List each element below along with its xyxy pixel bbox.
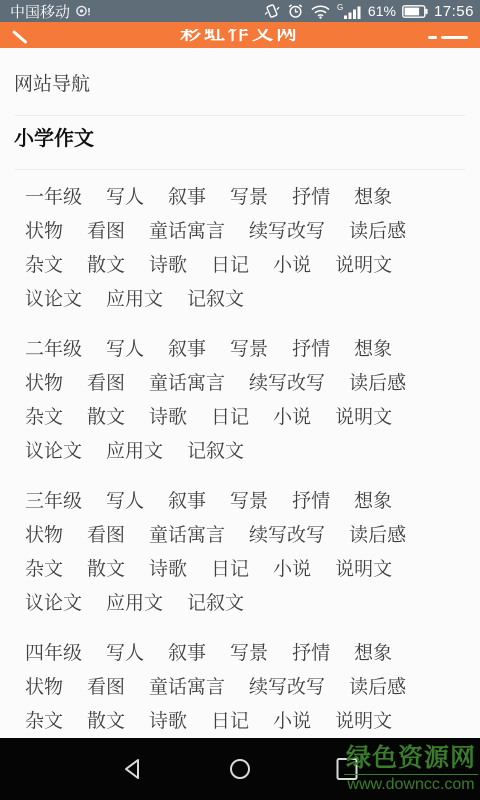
battery-icon [402, 5, 428, 18]
app-title: 彩虹作文网 [180, 29, 300, 43]
category-link[interactable]: 看图 [87, 367, 125, 401]
category-link[interactable]: 应用文 [106, 587, 163, 621]
signal-strength-icon: G [337, 3, 362, 19]
menu-icon[interactable] [441, 36, 468, 39]
category-link[interactable]: 日记 [211, 401, 249, 435]
category-link[interactable]: 想象 [354, 181, 392, 215]
svg-text:G: G [337, 3, 343, 12]
category-link[interactable]: 叙事 [168, 181, 206, 215]
app-header: 彩虹作文网 [0, 22, 480, 48]
category-link[interactable]: 想象 [354, 485, 392, 519]
category-link[interactable]: 读后感 [349, 215, 406, 249]
category-link[interactable]: 想象 [354, 637, 392, 671]
category-link[interactable]: 续写改写 [249, 519, 325, 553]
category-link[interactable]: 日记 [211, 249, 249, 283]
category-link[interactable]: 杂文 [25, 401, 63, 435]
divider [15, 115, 465, 116]
status-bar: 中国移动 [0, 0, 480, 22]
status-bar-left: 中国移动 [10, 1, 92, 22]
category-link[interactable]: 看图 [87, 519, 125, 553]
back-icon[interactable] [12, 30, 27, 44]
category-link[interactable]: 说明文 [335, 249, 392, 283]
grade-group: 二年级写人叙事写景抒情想象状物看图童话寓言续写改写读后感杂文散文诗歌日记小说说明… [0, 333, 480, 469]
section-title: 小学作文 [14, 129, 466, 150]
grade-group: 一年级写人叙事写景抒情想象状物看图童话寓言续写改写读后感杂文散文诗歌日记小说说明… [0, 181, 480, 317]
category-link[interactable]: 杂文 [25, 249, 63, 283]
category-link[interactable]: 续写改写 [249, 215, 325, 249]
category-link[interactable]: 抒情 [292, 637, 330, 671]
category-link[interactable]: 记叙文 [187, 435, 244, 469]
vibrate-icon [263, 3, 281, 19]
category-link[interactable]: 写景 [230, 485, 268, 519]
grade-groups: 一年级写人叙事写景抒情想象状物看图童话寓言续写改写读后感杂文散文诗歌日记小说说明… [0, 181, 480, 773]
category-link[interactable]: 说明文 [335, 553, 392, 587]
category-link[interactable]: 写景 [230, 333, 268, 367]
category-link[interactable]: 议论文 [25, 283, 82, 317]
category-link[interactable]: 写景 [230, 637, 268, 671]
category-link[interactable]: 读后感 [349, 367, 406, 401]
category-link[interactable]: 散文 [87, 249, 125, 283]
category-link[interactable]: 小说 [273, 553, 311, 587]
category-link[interactable]: 写人 [106, 485, 144, 519]
category-link[interactable]: 写人 [106, 637, 144, 671]
category-link[interactable]: 小说 [273, 705, 311, 739]
category-link[interactable]: 小说 [273, 249, 311, 283]
page-content: 网站导航 小学作文 一年级写人叙事写景抒情想象状物看图童话寓言续写改写读后感杂文… [0, 48, 480, 800]
category-link[interactable]: 写人 [106, 333, 144, 367]
hd-voice-icon [75, 4, 92, 18]
menu-icon[interactable] [428, 36, 437, 39]
site-watermark: 绿色资源网 www.downcc.com [344, 745, 478, 794]
grade-link[interactable]: 三年级 [25, 485, 82, 519]
grade-link[interactable]: 四年级 [25, 637, 82, 671]
category-link[interactable]: 叙事 [168, 637, 206, 671]
category-link[interactable]: 叙事 [168, 333, 206, 367]
battery-percent-label: 61% [368, 3, 396, 19]
category-link[interactable]: 读后感 [349, 671, 406, 705]
category-link[interactable]: 议论文 [25, 587, 82, 621]
category-link[interactable]: 抒情 [292, 485, 330, 519]
grade-link[interactable]: 一年级 [25, 181, 82, 215]
category-link[interactable]: 写景 [230, 181, 268, 215]
category-link[interactable]: 童话寓言 [149, 519, 225, 553]
category-link[interactable]: 说明文 [335, 705, 392, 739]
category-link[interactable]: 应用文 [106, 283, 163, 317]
grade-group: 三年级写人叙事写景抒情想象状物看图童话寓言续写改写读后感杂文散文诗歌日记小说说明… [0, 485, 480, 621]
app-title-clip: 彩虹作文网 [60, 29, 420, 43]
category-link[interactable]: 状物 [25, 671, 63, 705]
category-link[interactable]: 读后感 [349, 519, 406, 553]
category-link[interactable]: 记叙文 [187, 283, 244, 317]
page-title: 网站导航 [14, 75, 466, 95]
category-link[interactable]: 说明文 [335, 401, 392, 435]
nav-back-icon[interactable] [120, 756, 146, 782]
category-link[interactable]: 状物 [25, 367, 63, 401]
carrier-label: 中国移动 [10, 1, 70, 22]
category-link[interactable]: 想象 [354, 333, 392, 367]
category-link[interactable]: 诗歌 [149, 401, 187, 435]
category-link[interactable]: 诗歌 [149, 249, 187, 283]
category-link[interactable]: 小说 [273, 401, 311, 435]
category-link[interactable]: 抒情 [292, 333, 330, 367]
category-link[interactable]: 诗歌 [149, 705, 187, 739]
category-link[interactable]: 状物 [25, 519, 63, 553]
phone-screen: 中国移动 [0, 0, 480, 800]
category-link[interactable]: 日记 [211, 705, 249, 739]
category-link[interactable]: 杂文 [25, 705, 63, 739]
category-link[interactable]: 叙事 [168, 485, 206, 519]
status-bar-right: G 61% 17:56 [263, 3, 474, 20]
category-link[interactable]: 散文 [87, 553, 125, 587]
category-link[interactable]: 诗歌 [149, 553, 187, 587]
category-link[interactable]: 记叙文 [187, 587, 244, 621]
category-link[interactable]: 续写改写 [249, 671, 325, 705]
alarm-icon [287, 3, 304, 19]
wifi-icon [310, 4, 331, 19]
category-link[interactable]: 日记 [211, 553, 249, 587]
divider [15, 169, 465, 170]
category-link[interactable]: 杂文 [25, 553, 63, 587]
nav-home-icon[interactable] [227, 756, 253, 782]
category-link[interactable]: 散文 [87, 705, 125, 739]
watermark-site-name: 绿色资源网 [344, 745, 478, 775]
category-link[interactable]: 应用文 [106, 435, 163, 469]
category-link[interactable]: 抒情 [292, 181, 330, 215]
category-link[interactable]: 看图 [87, 215, 125, 249]
grade-link[interactable]: 二年级 [25, 333, 82, 367]
category-link[interactable]: 童话寓言 [149, 367, 225, 401]
category-link[interactable]: 写人 [106, 181, 144, 215]
category-link[interactable]: 童话寓言 [149, 215, 225, 249]
watermark-url: www.downcc.com [344, 776, 478, 794]
category-link[interactable]: 状物 [25, 215, 63, 249]
category-link[interactable]: 续写改写 [249, 367, 325, 401]
clock-label: 17:56 [434, 3, 474, 20]
category-link[interactable]: 散文 [87, 401, 125, 435]
category-link[interactable]: 议论文 [25, 435, 82, 469]
category-link[interactable]: 童话寓言 [149, 671, 225, 705]
category-link[interactable]: 看图 [87, 671, 125, 705]
